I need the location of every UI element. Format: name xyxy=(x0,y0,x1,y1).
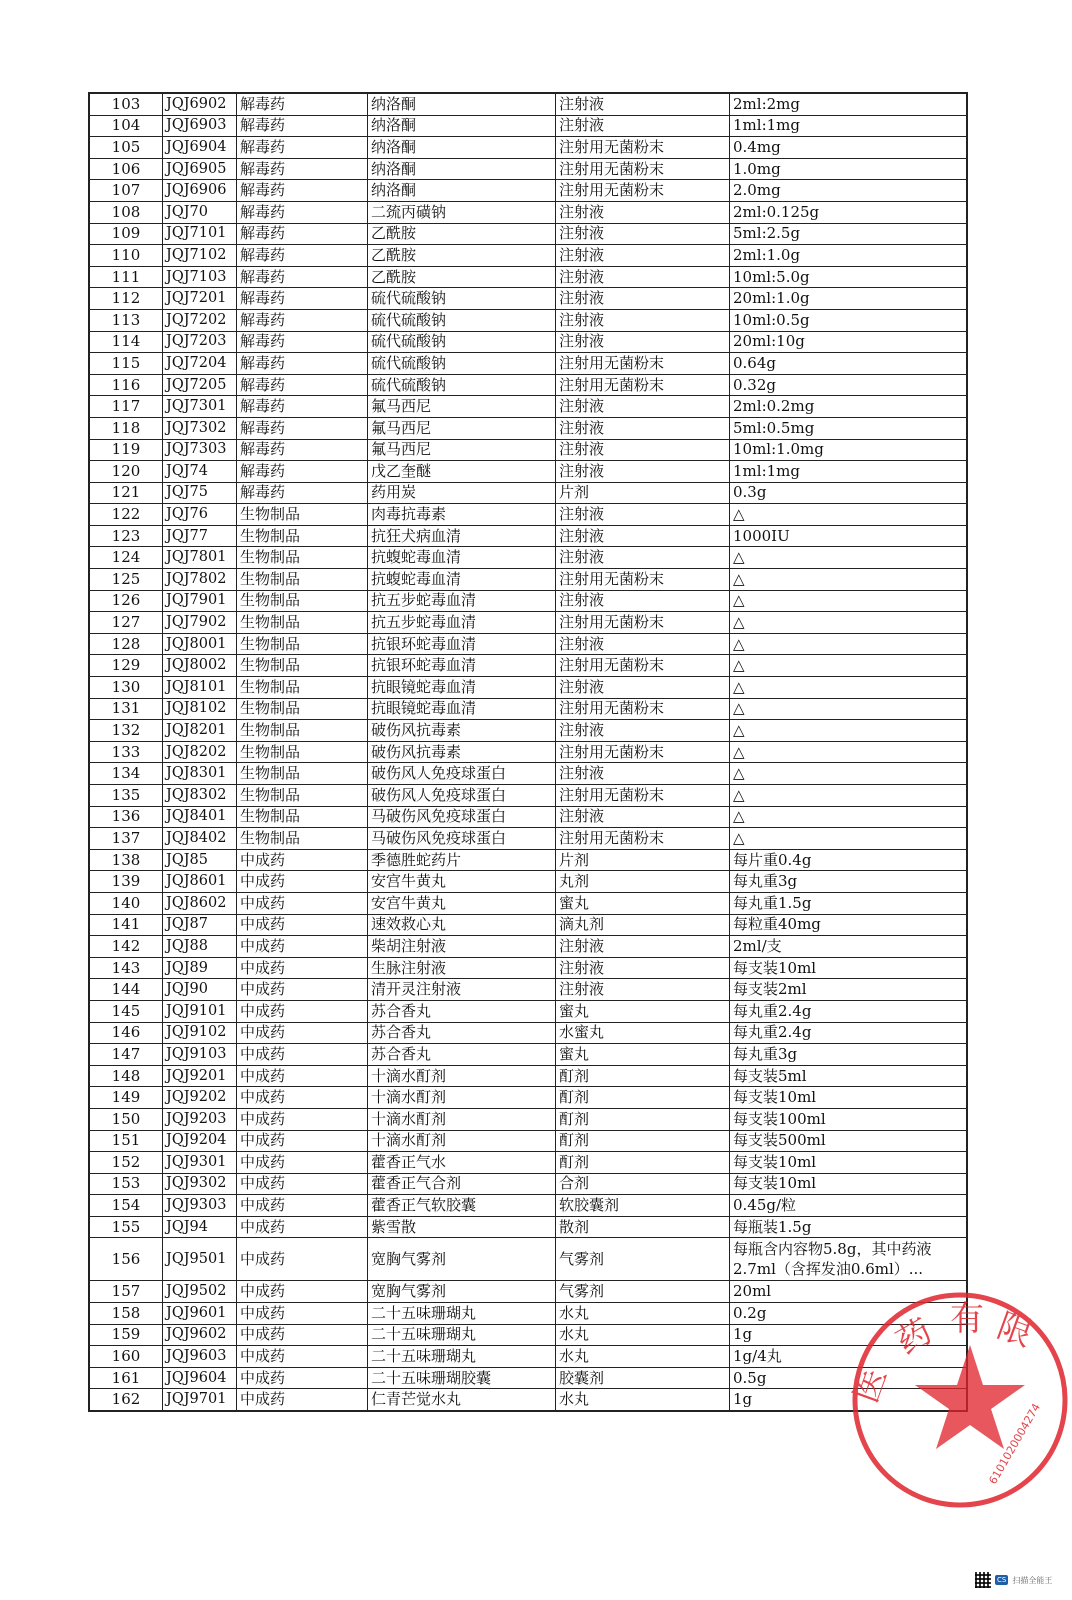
drug-code-cell: JQJ7203 xyxy=(163,331,237,353)
table-row: 136JQJ8401生物制品马破伤风免疫球蛋白注射液△ xyxy=(89,806,967,828)
row-number-cell: 122 xyxy=(89,504,163,526)
dosage-form-cell: 酊剂 xyxy=(556,1065,730,1087)
row-number-cell: 110 xyxy=(89,245,163,267)
row-number-cell: 141 xyxy=(89,914,163,936)
dosage-form-cell: 胶囊剂 xyxy=(556,1367,730,1389)
drug-code-cell: JQJ8401 xyxy=(163,806,237,828)
drug-name-cell: 肉毒抗毒素 xyxy=(368,504,556,526)
drug-name-cell: 破伤风抗毒素 xyxy=(368,720,556,742)
dosage-form-cell: 注射液 xyxy=(556,590,730,612)
dosage-form-cell: 注射液 xyxy=(556,396,730,418)
drug-name-cell: 二十五味珊瑚胶囊 xyxy=(368,1367,556,1389)
dosage-form-cell: 注射液 xyxy=(556,763,730,785)
drug-name-cell: 纳洛酮 xyxy=(368,93,556,115)
drug-code-cell: JQJ6902 xyxy=(163,93,237,115)
specification-cell: △ xyxy=(730,590,968,612)
table-row: 145JQJ9101中成药苏合香丸蜜丸每丸重2.4g xyxy=(89,1000,967,1022)
dosage-form-cell: 注射液 xyxy=(556,115,730,137)
drug-category-cell: 生物制品 xyxy=(237,785,368,807)
dosage-form-cell: 注射液 xyxy=(556,504,730,526)
drug-name-cell: 十滴水酊剂 xyxy=(368,1130,556,1152)
drug-name-cell: 抗银环蛇毒血清 xyxy=(368,655,556,677)
table-row: 104JQJ6903解毒药纳洛酮注射液1ml:1mg xyxy=(89,115,967,137)
drug-category-cell: 中成药 xyxy=(237,1087,368,1109)
drug-code-cell: JQJ7102 xyxy=(163,245,237,267)
table-row: 124JQJ7801生物制品抗蝮蛇毒血清注射液△ xyxy=(89,547,967,569)
drug-category-cell: 中成药 xyxy=(237,1044,368,1066)
drug-code-cell: JQJ9502 xyxy=(163,1281,237,1303)
dosage-form-cell: 酊剂 xyxy=(556,1130,730,1152)
specification-cell: 每丸重3g xyxy=(730,871,968,893)
dosage-form-cell: 蜜丸 xyxy=(556,892,730,914)
specification-cell: 每瓶含内容物5.8g，其中药液2.7ml（含挥发油0.6ml）... xyxy=(730,1238,968,1281)
drug-category-cell: 生物制品 xyxy=(237,698,368,720)
table-row: 159JQJ9602中成药二十五味珊瑚丸水丸1g xyxy=(89,1324,967,1346)
row-number-cell: 148 xyxy=(89,1065,163,1087)
drug-code-cell: JQJ87 xyxy=(163,914,237,936)
drug-code-cell: JQJ8301 xyxy=(163,763,237,785)
dosage-form-cell: 水丸 xyxy=(556,1389,730,1411)
specification-cell: 2ml:0.125g xyxy=(730,201,968,223)
specification-cell: 每丸重2.4g xyxy=(730,1022,968,1044)
dosage-form-cell: 注射液 xyxy=(556,547,730,569)
row-number-cell: 124 xyxy=(89,547,163,569)
drug-name-cell: 二十五味珊瑚丸 xyxy=(368,1303,556,1325)
dosage-form-cell: 丸剂 xyxy=(556,871,730,893)
dosage-form-cell: 注射用无菌粉末 xyxy=(556,655,730,677)
drug-code-cell: JQJ6903 xyxy=(163,115,237,137)
drug-name-cell: 抗银环蛇毒血清 xyxy=(368,633,556,655)
drug-category-cell: 中成药 xyxy=(237,1346,368,1368)
table-row: 105JQJ6904解毒药纳洛酮注射用无菌粉末0.4mg xyxy=(89,137,967,159)
drug-name-cell: 十滴水酊剂 xyxy=(368,1087,556,1109)
drug-code-cell: JQJ8202 xyxy=(163,741,237,763)
dosage-form-cell: 合剂 xyxy=(556,1173,730,1195)
specification-cell: 5ml:0.5mg xyxy=(730,417,968,439)
row-number-cell: 162 xyxy=(89,1389,163,1411)
drug-category-cell: 解毒药 xyxy=(237,180,368,202)
dosage-form-cell: 注射用无菌粉末 xyxy=(556,137,730,159)
table-row: 149JQJ9202中成药十滴水酊剂酊剂每支装10ml xyxy=(89,1087,967,1109)
drug-category-cell: 中成药 xyxy=(237,1216,368,1238)
drug-code-cell: JQJ9701 xyxy=(163,1389,237,1411)
dosage-form-cell: 注射液 xyxy=(556,331,730,353)
drug-category-cell: 解毒药 xyxy=(237,353,368,375)
table-row: 132JQJ8201生物制品破伤风抗毒素注射液△ xyxy=(89,720,967,742)
row-number-cell: 126 xyxy=(89,590,163,612)
drug-code-cell: JQJ6906 xyxy=(163,180,237,202)
drug-code-cell: JQJ9204 xyxy=(163,1130,237,1152)
specification-cell: △ xyxy=(730,720,968,742)
row-number-cell: 154 xyxy=(89,1195,163,1217)
drug-name-cell: 生脉注射液 xyxy=(368,957,556,979)
drug-code-cell: JQJ88 xyxy=(163,936,237,958)
row-number-cell: 139 xyxy=(89,871,163,893)
drug-category-cell: 生物制品 xyxy=(237,590,368,612)
row-number-cell: 114 xyxy=(89,331,163,353)
dosage-form-cell: 注射液 xyxy=(556,936,730,958)
table-row: 152JQJ9301中成药藿香正气水酊剂每支装10ml xyxy=(89,1152,967,1174)
row-number-cell: 144 xyxy=(89,979,163,1001)
drug-code-cell: JQJ9603 xyxy=(163,1346,237,1368)
drug-code-cell: JQJ9303 xyxy=(163,1195,237,1217)
table-row: 128JQJ8001生物制品抗银环蛇毒血清注射液△ xyxy=(89,633,967,655)
drug-code-cell: JQJ9203 xyxy=(163,1108,237,1130)
row-number-cell: 130 xyxy=(89,677,163,699)
drug-code-cell: JQJ9102 xyxy=(163,1022,237,1044)
drug-name-cell: 破伤风人免疫球蛋白 xyxy=(368,785,556,807)
drug-category-cell: 解毒药 xyxy=(237,245,368,267)
drug-code-cell: JQJ89 xyxy=(163,957,237,979)
drug-category-cell: 中成药 xyxy=(237,1195,368,1217)
specification-cell: 0.32g xyxy=(730,374,968,396)
dosage-form-cell: 注射用无菌粉末 xyxy=(556,353,730,375)
drug-name-cell: 二十五味珊瑚丸 xyxy=(368,1324,556,1346)
row-number-cell: 147 xyxy=(89,1044,163,1066)
specification-cell: 20ml xyxy=(730,1281,968,1303)
drug-name-cell: 乙酰胺 xyxy=(368,245,556,267)
dosage-form-cell: 注射用无菌粉末 xyxy=(556,698,730,720)
specification-cell: 每片重0.4g xyxy=(730,849,968,871)
row-number-cell: 120 xyxy=(89,461,163,483)
drug-name-cell: 乙酰胺 xyxy=(368,223,556,245)
specification-cell: △ xyxy=(730,633,968,655)
row-number-cell: 115 xyxy=(89,353,163,375)
dosage-form-cell: 酊剂 xyxy=(556,1152,730,1174)
table-row: 117JQJ7301解毒药氟马西尼注射液2ml:0.2mg xyxy=(89,396,967,418)
specification-cell: 1g xyxy=(730,1324,968,1346)
drug-category-cell: 中成药 xyxy=(237,1108,368,1130)
row-number-cell: 125 xyxy=(89,569,163,591)
drug-category-cell: 生物制品 xyxy=(237,612,368,634)
table-row: 143JQJ89中成药生脉注射液注射液每支装10ml xyxy=(89,957,967,979)
drug-category-cell: 解毒药 xyxy=(237,223,368,245)
specification-cell: 2ml:1.0g xyxy=(730,245,968,267)
row-number-cell: 104 xyxy=(89,115,163,137)
row-number-cell: 132 xyxy=(89,720,163,742)
specification-cell: 每支装10ml xyxy=(730,957,968,979)
dosage-form-cell: 注射液 xyxy=(556,806,730,828)
table-row: 125JQJ7802生物制品抗蝮蛇毒血清注射用无菌粉末△ xyxy=(89,569,967,591)
table-row: 150JQJ9203中成药十滴水酊剂酊剂每支装100ml xyxy=(89,1108,967,1130)
drug-name-cell: 硫代硫酸钠 xyxy=(368,353,556,375)
specification-cell: △ xyxy=(730,828,968,850)
dosage-form-cell: 酊剂 xyxy=(556,1087,730,1109)
drug-code-cell: JQJ7204 xyxy=(163,353,237,375)
drug-code-cell: JQJ8001 xyxy=(163,633,237,655)
drug-category-cell: 解毒药 xyxy=(237,461,368,483)
specification-cell: 每支装5ml xyxy=(730,1065,968,1087)
dosage-form-cell: 水丸 xyxy=(556,1346,730,1368)
drug-name-cell: 清开灵注射液 xyxy=(368,979,556,1001)
drug-code-cell: JQJ9103 xyxy=(163,1044,237,1066)
drug-code-cell: JQJ7103 xyxy=(163,266,237,288)
drug-category-cell: 生物制品 xyxy=(237,677,368,699)
row-number-cell: 150 xyxy=(89,1108,163,1130)
drug-category-cell: 解毒药 xyxy=(237,93,368,115)
specification-cell: 每丸重2.4g xyxy=(730,1000,968,1022)
drug-name-cell: 抗五步蛇毒血清 xyxy=(368,612,556,634)
table-row: 153JQJ9302中成药藿香正气合剂合剂每支装10ml xyxy=(89,1173,967,1195)
dosage-form-cell: 注射用无菌粉末 xyxy=(556,158,730,180)
drug-category-cell: 中成药 xyxy=(237,1152,368,1174)
dosage-form-cell: 气雾剂 xyxy=(556,1281,730,1303)
drug-name-cell: 宽胸气雾剂 xyxy=(368,1281,556,1303)
table-row: 141JQJ87中成药速效救心丸滴丸剂每粒重40mg xyxy=(89,914,967,936)
drug-category-cell: 中成药 xyxy=(237,914,368,936)
specification-cell: △ xyxy=(730,655,968,677)
row-number-cell: 161 xyxy=(89,1367,163,1389)
drug-name-cell: 抗蝮蛇毒血清 xyxy=(368,569,556,591)
row-number-cell: 155 xyxy=(89,1216,163,1238)
dosage-form-cell: 注射用无菌粉末 xyxy=(556,374,730,396)
specification-cell: △ xyxy=(730,547,968,569)
row-number-cell: 116 xyxy=(89,374,163,396)
drug-code-cell: JQJ6904 xyxy=(163,137,237,159)
svg-text:限: 限 xyxy=(992,1306,1038,1355)
row-number-cell: 118 xyxy=(89,417,163,439)
drug-category-cell: 解毒药 xyxy=(237,396,368,418)
row-number-cell: 105 xyxy=(89,137,163,159)
table-row: 118JQJ7302解毒药氟马西尼注射液5ml:0.5mg xyxy=(89,417,967,439)
drug-name-cell: 十滴水酊剂 xyxy=(368,1108,556,1130)
table-row: 103JQJ6902解毒药纳洛酮注射液2ml:2mg xyxy=(89,93,967,115)
dosage-form-cell: 注射用无菌粉末 xyxy=(556,180,730,202)
drug-code-cell: JQJ75 xyxy=(163,482,237,504)
table-row: 108JQJ70解毒药二巯丙磺钠注射液2ml:0.125g xyxy=(89,201,967,223)
drug-name-cell: 硫代硫酸钠 xyxy=(368,309,556,331)
drug-name-cell: 藿香正气软胶囊 xyxy=(368,1195,556,1217)
dosage-form-cell: 注射液 xyxy=(556,677,730,699)
table-row: 155JQJ94中成药紫雪散散剂每瓶装1.5g xyxy=(89,1216,967,1238)
table-row: 160JQJ9603中成药二十五味珊瑚丸水丸1g/4丸 xyxy=(89,1346,967,1368)
drug-category-cell: 中成药 xyxy=(237,1065,368,1087)
specification-cell: 20ml:1.0g xyxy=(730,288,968,310)
specification-cell: 2.0mg xyxy=(730,180,968,202)
table-row: 135JQJ8302生物制品破伤风人免疫球蛋白注射用无菌粉末△ xyxy=(89,785,967,807)
drug-code-cell: JQJ9602 xyxy=(163,1324,237,1346)
drug-code-cell: JQJ7901 xyxy=(163,590,237,612)
dosage-form-cell: 蜜丸 xyxy=(556,1044,730,1066)
table-row: 115JQJ7204解毒药硫代硫酸钠注射用无菌粉末0.64g xyxy=(89,353,967,375)
row-number-cell: 137 xyxy=(89,828,163,850)
row-number-cell: 133 xyxy=(89,741,163,763)
table-row: 142JQJ88中成药柴胡注射液注射液2ml/支 xyxy=(89,936,967,958)
table-row: 140JQJ8602中成药安宫牛黄丸蜜丸每丸重1.5g xyxy=(89,892,967,914)
row-number-cell: 146 xyxy=(89,1022,163,1044)
drug-code-cell: JQJ8602 xyxy=(163,892,237,914)
drug-code-cell: JQJ9301 xyxy=(163,1152,237,1174)
drug-name-cell: 氟马西尼 xyxy=(368,417,556,439)
drug-code-cell: JQJ7802 xyxy=(163,569,237,591)
drug-category-cell: 解毒药 xyxy=(237,374,368,396)
drug-name-cell: 紫雪散 xyxy=(368,1216,556,1238)
drug-name-cell: 纳洛酮 xyxy=(368,137,556,159)
drug-name-cell: 抗蝮蛇毒血清 xyxy=(368,547,556,569)
table-row: 146JQJ9102中成药苏合香丸水蜜丸每丸重2.4g xyxy=(89,1022,967,1044)
drug-name-cell: 破伤风人免疫球蛋白 xyxy=(368,763,556,785)
drug-code-cell: JQJ7302 xyxy=(163,417,237,439)
table-row: 107JQJ6906解毒药纳洛酮注射用无菌粉末2.0mg xyxy=(89,180,967,202)
specification-cell: 1.0mg xyxy=(730,158,968,180)
row-number-cell: 108 xyxy=(89,201,163,223)
drug-name-cell: 氟马西尼 xyxy=(368,439,556,461)
drug-name-cell: 纳洛酮 xyxy=(368,180,556,202)
specification-cell: 2ml/支 xyxy=(730,936,968,958)
drug-name-cell: 抗眼镜蛇毒血清 xyxy=(368,698,556,720)
dosage-form-cell: 注射液 xyxy=(556,957,730,979)
table-row: 120JQJ74解毒药戊乙奎醚注射液1ml:1mg xyxy=(89,461,967,483)
specification-cell: 1ml:1mg xyxy=(730,115,968,137)
drug-code-cell: JQJ9501 xyxy=(163,1238,237,1281)
drug-name-cell: 速效救心丸 xyxy=(368,914,556,936)
drug-category-cell: 中成药 xyxy=(237,1303,368,1325)
drug-category-cell: 中成药 xyxy=(237,1324,368,1346)
drug-name-cell: 安宫牛黄丸 xyxy=(368,892,556,914)
dosage-form-cell: 注射液 xyxy=(556,633,730,655)
table-row: 127JQJ7902生物制品抗五步蛇毒血清注射用无菌粉末△ xyxy=(89,612,967,634)
drug-category-cell: 解毒药 xyxy=(237,439,368,461)
specification-cell: 10ml:1.0mg xyxy=(730,439,968,461)
row-number-cell: 106 xyxy=(89,158,163,180)
drug-name-cell: 抗五步蛇毒血清 xyxy=(368,590,556,612)
row-number-cell: 119 xyxy=(89,439,163,461)
specification-cell: 每丸重3g xyxy=(730,1044,968,1066)
specification-cell: △ xyxy=(730,785,968,807)
row-number-cell: 103 xyxy=(89,93,163,115)
table-row: 138JQJ85中成药季德胜蛇药片片剂每片重0.4g xyxy=(89,849,967,871)
table-row: 147JQJ9103中成药苏合香丸蜜丸每丸重3g xyxy=(89,1044,967,1066)
dosage-form-cell: 注射液 xyxy=(556,309,730,331)
drug-category-cell: 中成药 xyxy=(237,957,368,979)
row-number-cell: 152 xyxy=(89,1152,163,1174)
drug-category-cell: 中成药 xyxy=(237,936,368,958)
drug-category-cell: 中成药 xyxy=(237,1173,368,1195)
table-row: 157JQJ9502中成药宽胸气雾剂气雾剂20ml xyxy=(89,1281,967,1303)
drug-name-cell: 柴胡注射液 xyxy=(368,936,556,958)
drug-code-cell: JQJ90 xyxy=(163,979,237,1001)
specification-cell: 2ml:2mg xyxy=(730,93,968,115)
drug-name-cell: 十滴水酊剂 xyxy=(368,1065,556,1087)
drug-name-cell: 戊乙奎醚 xyxy=(368,461,556,483)
specification-cell: 5ml:2.5g xyxy=(730,223,968,245)
table-row: 121JQJ75解毒药药用炭片剂0.3g xyxy=(89,482,967,504)
dosage-form-cell: 注射液 xyxy=(556,417,730,439)
drug-code-cell: JQJ7801 xyxy=(163,547,237,569)
specification-cell: 每支装100ml xyxy=(730,1108,968,1130)
dosage-form-cell: 注射液 xyxy=(556,979,730,1001)
drug-code-cell: JQJ8102 xyxy=(163,698,237,720)
row-number-cell: 143 xyxy=(89,957,163,979)
row-number-cell: 117 xyxy=(89,396,163,418)
drug-name-cell: 二巯丙磺钠 xyxy=(368,201,556,223)
dosage-form-cell: 注射液 xyxy=(556,266,730,288)
drug-name-cell: 硫代硫酸钠 xyxy=(368,374,556,396)
row-number-cell: 149 xyxy=(89,1087,163,1109)
qr-code-icon xyxy=(975,1572,991,1588)
table-row: 156JQJ9501中成药宽胸气雾剂气雾剂每瓶含内容物5.8g，其中药液2.7m… xyxy=(89,1238,967,1281)
dosage-form-cell: 注射用无菌粉末 xyxy=(556,612,730,634)
drug-code-cell: JQJ7902 xyxy=(163,612,237,634)
dosage-form-cell: 注射液 xyxy=(556,93,730,115)
drug-code-cell: JQJ85 xyxy=(163,849,237,871)
row-number-cell: 107 xyxy=(89,180,163,202)
table-row: 161JQJ9604中成药二十五味珊瑚胶囊胶囊剂0.5g xyxy=(89,1367,967,1389)
drug-name-cell: 季德胜蛇药片 xyxy=(368,849,556,871)
drug-category-cell: 生物制品 xyxy=(237,633,368,655)
drug-name-cell: 硫代硫酸钠 xyxy=(368,288,556,310)
drug-name-cell: 硫代硫酸钠 xyxy=(368,331,556,353)
drug-name-cell: 藿香正气合剂 xyxy=(368,1173,556,1195)
drug-name-cell: 藿香正气水 xyxy=(368,1152,556,1174)
dosage-form-cell: 蜜丸 xyxy=(556,1000,730,1022)
drug-name-cell: 仁青芒觉水丸 xyxy=(368,1389,556,1411)
drug-category-cell: 生物制品 xyxy=(237,504,368,526)
drug-name-cell: 破伤风抗毒素 xyxy=(368,741,556,763)
drug-code-cell: JQJ8302 xyxy=(163,785,237,807)
drug-category-cell: 生物制品 xyxy=(237,806,368,828)
drug-code-cell: JQJ9604 xyxy=(163,1367,237,1389)
drug-category-cell: 解毒药 xyxy=(237,417,368,439)
drug-code-cell: JQJ8101 xyxy=(163,677,237,699)
row-number-cell: 160 xyxy=(89,1346,163,1368)
row-number-cell: 128 xyxy=(89,633,163,655)
drug-name-cell: 苏合香丸 xyxy=(368,1000,556,1022)
drug-category-cell: 中成药 xyxy=(237,871,368,893)
row-number-cell: 157 xyxy=(89,1281,163,1303)
drug-code-cell: JQJ76 xyxy=(163,504,237,526)
drug-code-cell: JQJ7101 xyxy=(163,223,237,245)
dosage-form-cell: 注射液 xyxy=(556,439,730,461)
drug-category-cell: 生物制品 xyxy=(237,763,368,785)
table-row: 137JQJ8402生物制品马破伤风免疫球蛋白注射用无菌粉末△ xyxy=(89,828,967,850)
svg-text:6101020004274: 6101020004274 xyxy=(986,1401,1043,1486)
drug-code-cell: JQJ8002 xyxy=(163,655,237,677)
row-number-cell: 159 xyxy=(89,1324,163,1346)
drug-category-cell: 生物制品 xyxy=(237,547,368,569)
drug-category-cell: 中成药 xyxy=(237,1000,368,1022)
row-number-cell: 131 xyxy=(89,698,163,720)
table-row: 133JQJ8202生物制品破伤风抗毒素注射用无菌粉末△ xyxy=(89,741,967,763)
table-row: 129JQJ8002生物制品抗银环蛇毒血清注射用无菌粉末△ xyxy=(89,655,967,677)
row-number-cell: 127 xyxy=(89,612,163,634)
specification-cell: △ xyxy=(730,612,968,634)
dosage-form-cell: 注射液 xyxy=(556,720,730,742)
scanner-label: 扫描全能王 xyxy=(1012,1575,1052,1586)
dosage-form-cell: 片剂 xyxy=(556,482,730,504)
dosage-form-cell: 注射液 xyxy=(556,201,730,223)
specification-cell: 每粒重40mg xyxy=(730,914,968,936)
specification-cell: 0.5g xyxy=(730,1367,968,1389)
drug-category-cell: 中成药 xyxy=(237,1022,368,1044)
specification-cell: 每瓶装1.5g xyxy=(730,1216,968,1238)
drug-category-cell: 解毒药 xyxy=(237,137,368,159)
row-number-cell: 123 xyxy=(89,525,163,547)
drug-category-cell: 中成药 xyxy=(237,1238,368,1281)
drug-code-cell: JQJ7301 xyxy=(163,396,237,418)
drug-code-cell: JQJ9202 xyxy=(163,1087,237,1109)
table-row: 109JQJ7101解毒药乙酰胺注射液5ml:2.5g xyxy=(89,223,967,245)
drug-category-cell: 中成药 xyxy=(237,1281,368,1303)
table-row: 119JQJ7303解毒药氟马西尼注射液10ml:1.0mg xyxy=(89,439,967,461)
drug-name-cell: 纳洛酮 xyxy=(368,158,556,180)
drug-category-cell: 解毒药 xyxy=(237,266,368,288)
drug-name-cell: 马破伤风免疫球蛋白 xyxy=(368,806,556,828)
dosage-form-cell: 散剂 xyxy=(556,1216,730,1238)
dosage-form-cell: 注射液 xyxy=(556,288,730,310)
drug-category-cell: 解毒药 xyxy=(237,288,368,310)
drug-name-cell: 氟马西尼 xyxy=(368,396,556,418)
